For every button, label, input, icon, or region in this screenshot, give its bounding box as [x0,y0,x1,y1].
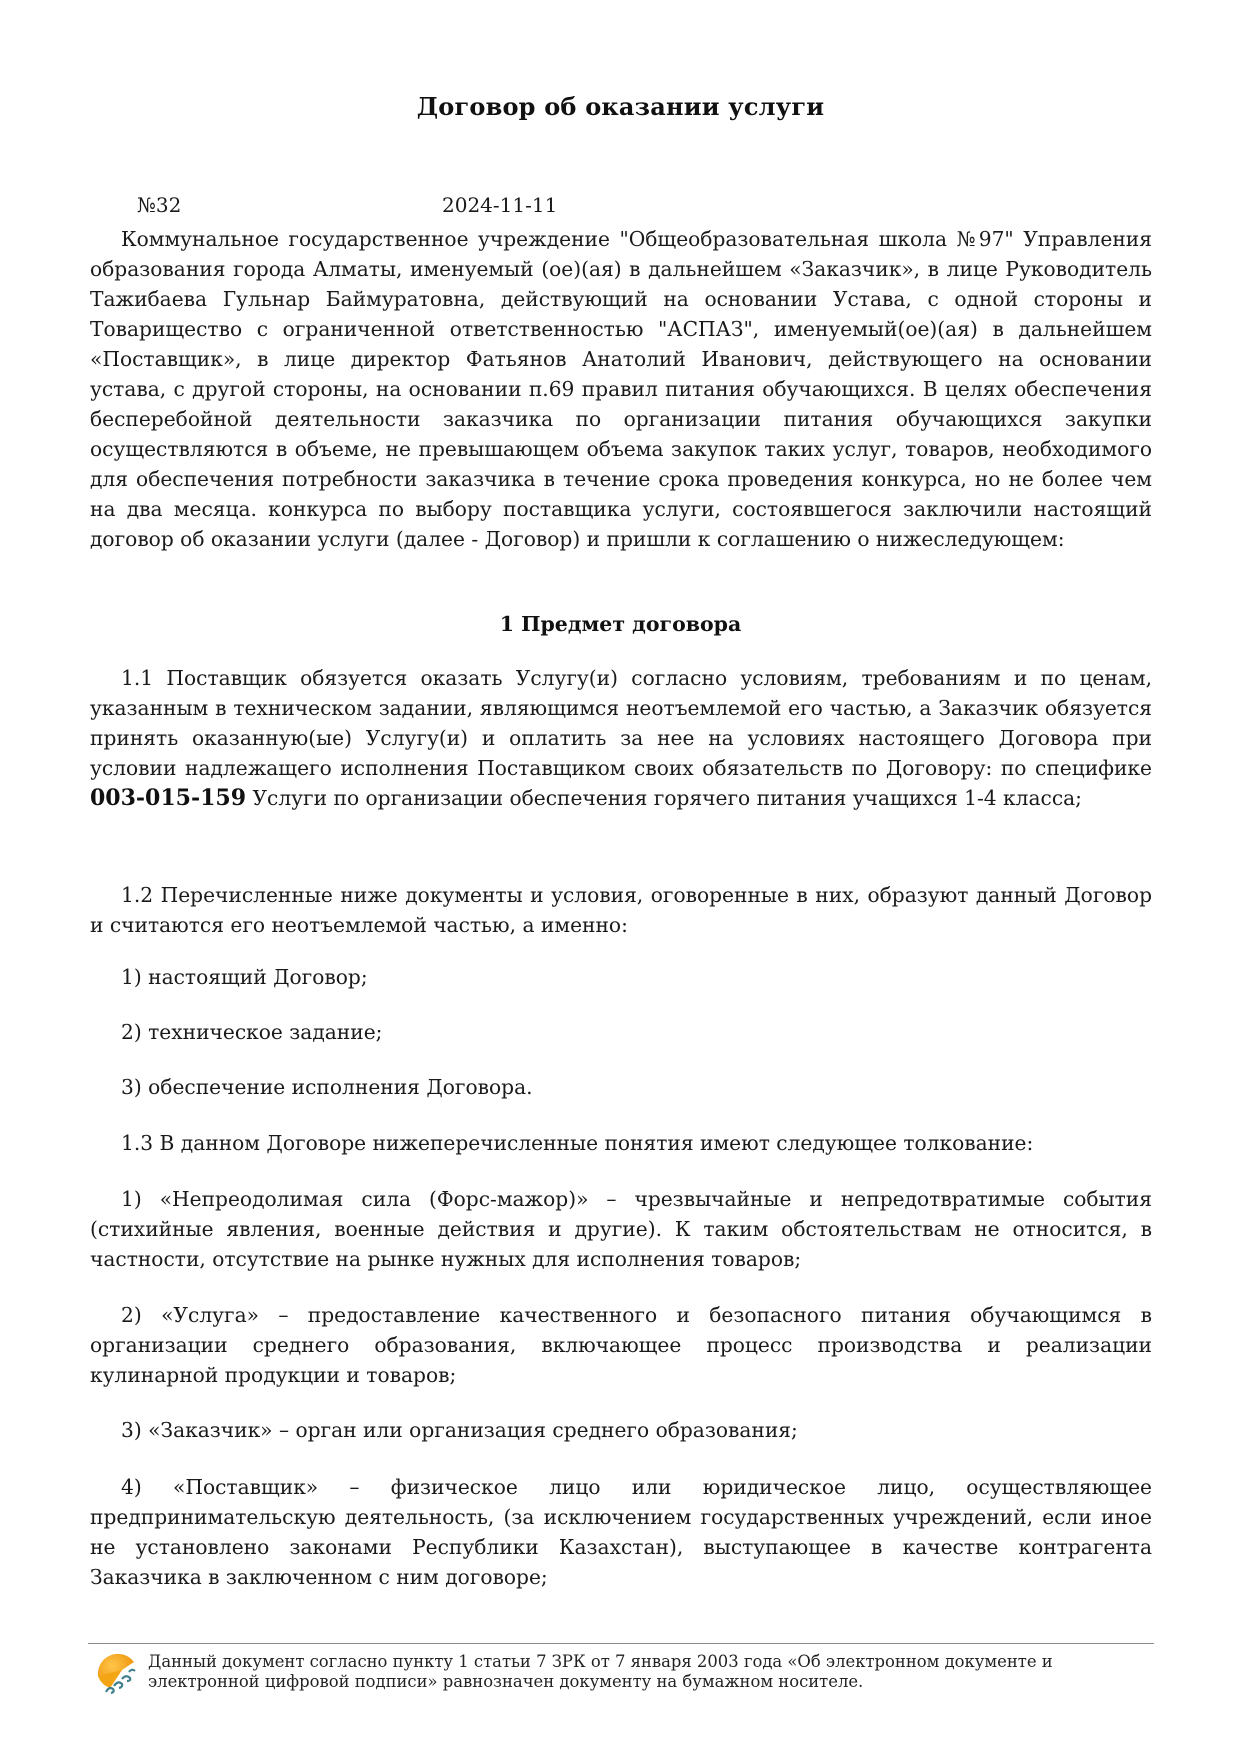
clause-1-3: 1.3 В данном Договоре нижеперечисленные … [90,1128,1152,1158]
specification-code: 003-015-159 [90,785,246,811]
definition-item: 2) «Услуга» – предоставление качественно… [90,1300,1152,1390]
clause-1-1-text-start: 1.1 Поставщик обязуется оказать Услугу(и… [90,666,1152,780]
definition-item: 3) «Заказчик» – орган или организация ср… [90,1415,1152,1445]
clause-1-1-text-end: Услуги по организации обеспечения горяче… [246,786,1082,810]
contract-number: №32 [137,193,181,217]
preamble-paragraph: Коммунальное государственное учреждение … [90,224,1152,554]
document-list-item: 3) обеспечение исполнения Договора. [90,1072,1152,1102]
document-title: Договор об оказании услуги [0,92,1241,121]
definition-item: 4) «Поставщик» – физическое лицо или юри… [90,1472,1152,1592]
footer-divider [88,1643,1154,1644]
document-page: Договор об оказании услуги №32 2024-11-1… [0,0,1241,1754]
contract-date: 2024-11-11 [442,193,557,217]
document-list-item: 1) настоящий Договор; [90,962,1152,992]
footer-legal-notice: Данный документ согласно пункту 1 статьи… [148,1652,1148,1692]
definition-item: 1) «Непреодолимая сила (Форс-мажор)» – ч… [90,1184,1152,1274]
clause-1-2: 1.2 Перечисленные ниже документы и услов… [90,880,1152,940]
clause-1-1: 1.1 Поставщик обязуется оказать Услугу(и… [90,663,1152,813]
section-heading-subject: 1 Предмет договора [0,612,1241,636]
egov-sun-logo-icon [92,1648,140,1696]
document-list-item: 2) техническое задание; [90,1017,1152,1047]
